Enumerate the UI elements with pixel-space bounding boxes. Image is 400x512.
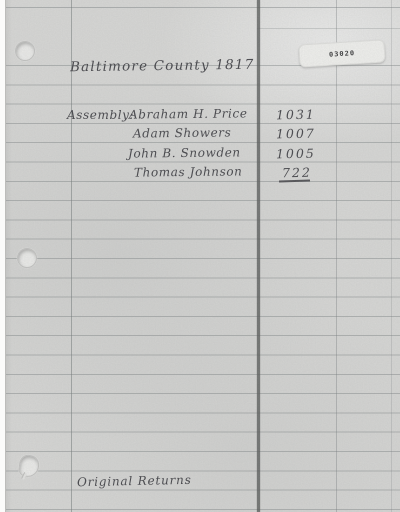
page-title: Baltimore County 1817 (70, 57, 255, 76)
right-edge-line (391, 0, 392, 512)
entry-name: Thomas Johnson (134, 164, 243, 179)
entry-votes: 722 (282, 165, 312, 181)
punch-hole-top (15, 41, 35, 61)
footer-note: Original Returns (77, 473, 192, 489)
left-margin-line (71, 0, 72, 512)
entry-votes: 1031 (276, 107, 316, 123)
punch-hole-middle (17, 248, 37, 268)
catalog-stamp: 03020 (298, 39, 385, 67)
votes-column-line (336, 0, 337, 512)
entry-name: John B. Snowden (128, 145, 241, 160)
ledger-paper-page: 03020 Baltimore County 1817 Assembly: Ab… (5, 0, 400, 512)
entry-row: Adam Showers 1007 (6, 126, 400, 145)
entry-votes: 1007 (276, 126, 316, 142)
header-right-rule-line (257, 28, 400, 29)
top-rule-line (6, 7, 400, 8)
entry-name: Abraham H. Price (129, 106, 248, 121)
column-divider-line (257, 0, 260, 512)
entry-row: Abraham H. Price 1031 (6, 107, 400, 126)
entry-name: Adam Showers (133, 125, 231, 140)
entry-votes: 1005 (276, 146, 316, 162)
scanned-document: 03020 Baltimore County 1817 Assembly: Ab… (0, 0, 400, 512)
entry-row: John B. Snowden 1005 (6, 146, 400, 165)
stamp-number: 03020 (329, 49, 355, 58)
entry-row: Thomas Johnson 722 (6, 165, 400, 184)
